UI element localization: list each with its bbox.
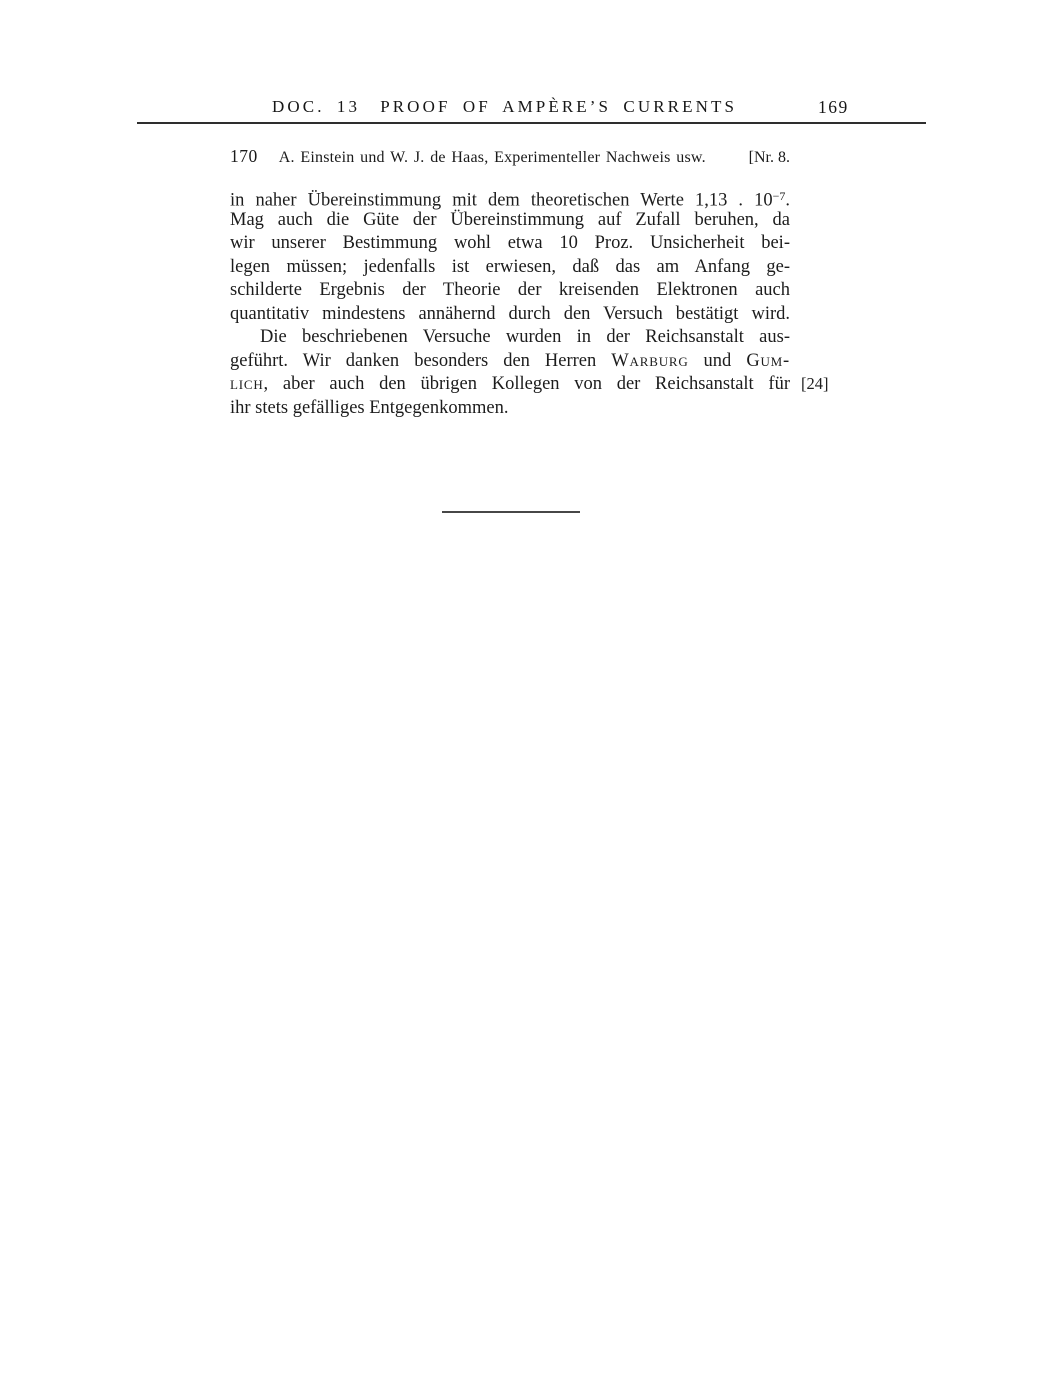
facsimile-running-head: 170 A. Einstein und W. J. de Haas, Exper… (230, 146, 790, 167)
text-segment: in naher Übereinstimmung mit dem theoret… (230, 190, 773, 210)
text-segment: . (785, 190, 790, 210)
text-line: geführt. Wir danken besonders den Herren… (230, 350, 790, 374)
text-segment: Warburg (611, 351, 688, 371)
text-line: schilderte Ergebnis der Theorie der krei… (230, 279, 790, 303)
text-segment: ihr stets gefälliges Entgegenkommen. (230, 398, 508, 418)
section-divider-rule (442, 511, 580, 513)
text-segment: Die beschriebenen Versuche wurden in der… (260, 327, 790, 347)
text-segment: Gum- (746, 351, 790, 371)
text-segment: , aber auch den übrigen Kollegen von der… (264, 374, 790, 394)
issue-reference: [Nr. 8. (749, 149, 790, 167)
text-line: in naher Übereinstimmung mit dem theoret… (230, 185, 790, 209)
text-segment: legen müssen; jedenfalls ist erwiesen, d… (230, 257, 790, 277)
text-segment: −7 (773, 189, 786, 203)
text-line: legen müssen; jedenfalls ist erwiesen, d… (230, 256, 790, 280)
text-line: Die beschriebenen Versuche wurden in der… (230, 326, 790, 350)
running-header-title: DOC. 13 PROOF OF AMPÈRE’S CURRENTS (272, 97, 737, 117)
text-line: wir unserer Bestimmung wohl etwa 10 Proz… (230, 232, 790, 256)
editorial-margin-note: [24] (801, 374, 829, 394)
text-line: ihr stets gefälliges Entgegenkommen. (230, 397, 790, 421)
citation-text: A. Einstein und W. J. de Haas, Experimen… (279, 149, 706, 167)
text-segment: lich (230, 374, 264, 394)
facsimile-body: in naher Übereinstimmung mit dem theoret… (230, 185, 790, 420)
text-segment: Mag auch die Güte der Übereinstimmung au… (230, 210, 790, 230)
original-page-number: 170 (230, 146, 258, 167)
page-number: 169 (818, 97, 849, 118)
book-page: DOC. 13 PROOF OF AMPÈRE’S CURRENTS 169 1… (0, 0, 1054, 1394)
text-segment: und (689, 351, 747, 371)
header-rule (137, 122, 926, 124)
text-line: Mag auch die Güte der Übereinstimmung au… (230, 209, 790, 233)
text-line: lich, aber auch den übrigen Kollegen von… (230, 373, 790, 397)
text-segment: wir unserer Bestimmung wohl etwa 10 Proz… (230, 233, 790, 253)
text-segment: geführt. Wir danken besonders den Herren (230, 351, 611, 371)
text-segment: schilderte Ergebnis der Theorie der krei… (230, 280, 790, 300)
text-line: quantitativ mindestens annähernd durch d… (230, 303, 790, 327)
text-segment: quantitativ mindestens annähernd durch d… (230, 304, 790, 324)
